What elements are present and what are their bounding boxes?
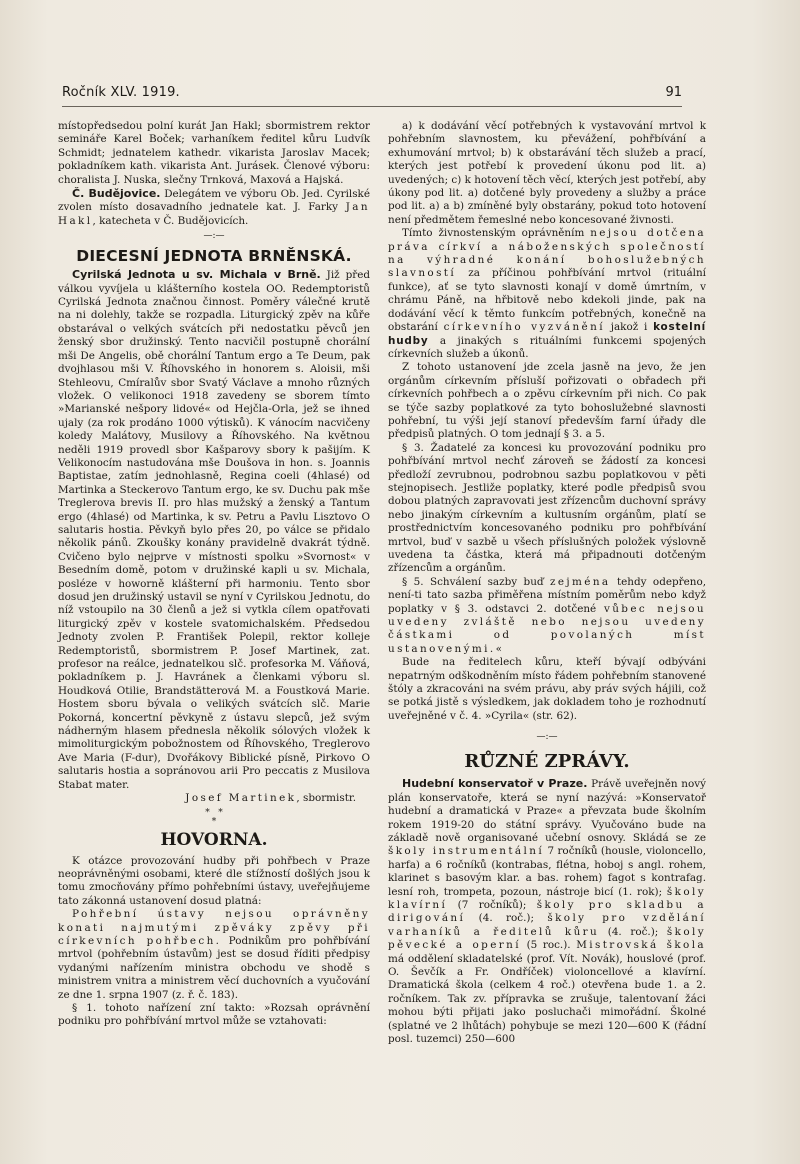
text-fragment: má oddělení skladatelské (prof. Vít. Nov… — [388, 953, 706, 1045]
emphasis-fragment: církevního vyzvánění — [444, 321, 605, 333]
conservatory-runin-heading: Hudební konservatoř v Praze. — [402, 777, 587, 790]
hovorna-paragraph-3: § 1. tohoto nařízení zní takto: »Rozsah … — [58, 1002, 370, 1029]
regulation-paragraph-5: § 5. Schválení sazby buď zejména tehdy o… — [388, 576, 706, 656]
running-title: Ročník XLV. 1919. — [62, 85, 180, 100]
brno-runin-heading: Cyrilská Jednota u sv. Michala v Brně. — [72, 268, 321, 281]
conservatory-paragraph: Hudební konservatoř v Praze. Právě uveře… — [388, 777, 706, 1046]
scanned-page: Ročník XLV. 1919. 91 místopředsedou poln… — [0, 0, 800, 1164]
regulation-paragraph-3: Z tohoto ustanovení jde zcela jasně na j… — [388, 361, 706, 441]
brno-text: Již před válkou vyvíjela u klášterního k… — [58, 269, 370, 790]
text-fragment: jakož i — [605, 321, 653, 333]
section-divider: —:— — [388, 731, 706, 743]
signature-name: Josef Martinek — [185, 792, 296, 804]
section-heading-brno: DIECESNÍ JEDNOTA BRNĚNSKÁ. — [58, 246, 370, 266]
text-fragment: § 5. Schválení sazby buď — [402, 576, 550, 588]
left-column: místopředsedou polní kurát Jan Hakl; sbo… — [58, 120, 370, 1029]
text-fragment: (5 roc.). — [521, 939, 576, 951]
hovorna-paragraph-2: Pohřební ústavy nejsou oprávněny konati … — [58, 908, 370, 1002]
text-fragment: (7 ročníků); — [447, 899, 537, 911]
text-fragment: Tímto živnostenským oprávněním — [402, 227, 584, 239]
regulation-paragraph-2: Tímto živnostenským oprávněním nejsou do… — [388, 227, 706, 361]
page-number: 91 — [665, 85, 682, 100]
budejovice-paragraph: Č. Budějovice. Delegátem ve výboru Ob. J… — [58, 187, 370, 228]
running-header: Ročník XLV. 1919. 91 — [62, 82, 682, 107]
text-fragment: (4. roč.); — [465, 912, 547, 924]
emphasis-fragment: školy instrumentální — [388, 845, 544, 857]
emphasis-fragment: zejména — [550, 576, 611, 588]
text-fragment: (4. roč.); — [599, 926, 667, 938]
regulation-paragraph-4: § 3. Žadatelé za koncesi ku provozování … — [388, 442, 706, 576]
signature-role: , sbormistr. — [296, 792, 356, 804]
text-fragment: a jinakých s rituálními funkcemi spojený… — [388, 335, 706, 360]
right-column: a) k dodávání věcí potřebných k vystavov… — [388, 120, 706, 1046]
budejovice-text-end: , katecheta v Č. Budějovicích. — [92, 215, 248, 227]
brno-paragraph: Cyrilská Jednota u sv. Michala v Brně. J… — [58, 268, 370, 792]
regulation-paragraph-a: a) k dodávání věcí potřebných k vystavov… — [388, 120, 706, 227]
asterism-divider: * ** — [58, 809, 370, 827]
section-heading-news: RŮZNÉ ZPRÁVY. — [388, 751, 706, 773]
intro-paragraph: místopředsedou polní kurát Jan Hakl; sbo… — [58, 120, 370, 187]
section-heading-hovorna: HOVORNA. — [58, 829, 370, 851]
hovorna-paragraph-1: K otázce provozování hudby při pohřbech … — [58, 855, 370, 909]
section-divider: —:— — [58, 230, 370, 242]
emphasis-fragment: Mistrovská škola — [576, 939, 706, 951]
budejovice-runin-heading: Č. Budějovice. — [72, 187, 160, 200]
brno-signature: Josef Martinek, sbormistr. — [58, 792, 370, 805]
regulation-paragraph-6: Bude na ředitelech kůru, kteří bývají od… — [388, 656, 706, 723]
